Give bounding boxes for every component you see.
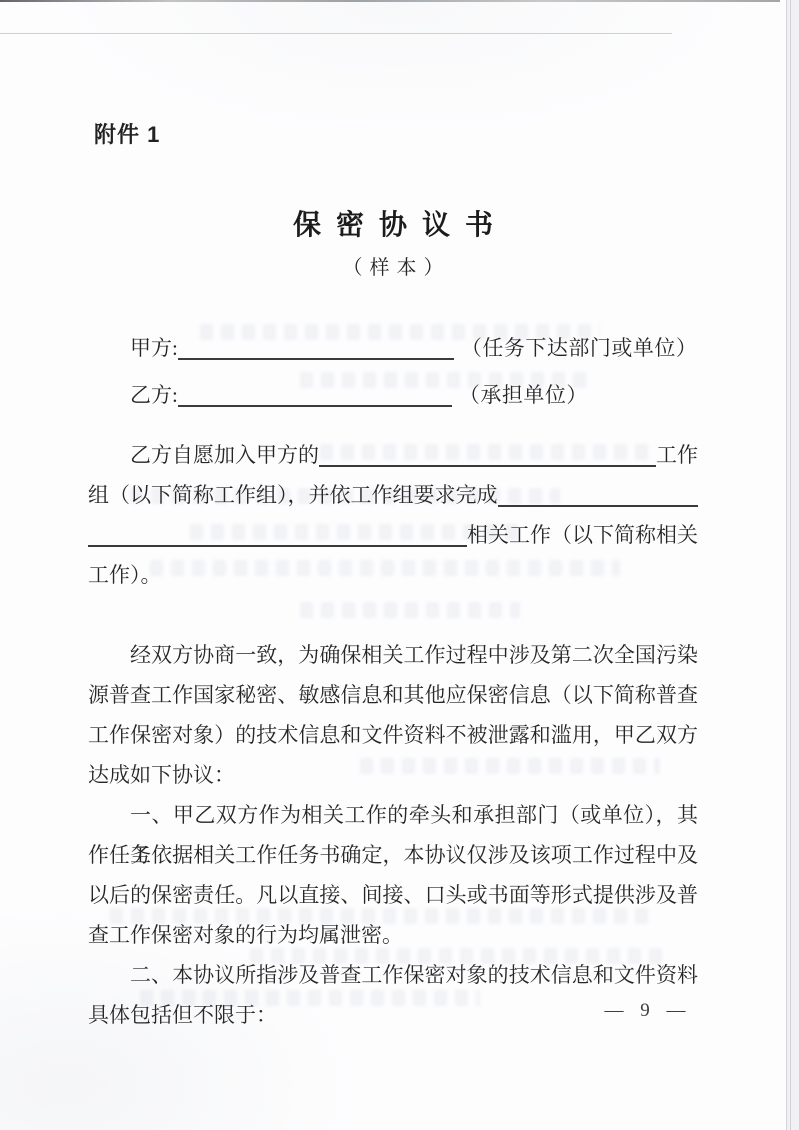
text-segment: 二、本协议所指涉及普查工作保密对象的技术信息和文件资料 bbox=[130, 963, 698, 987]
party-label: 乙方: bbox=[130, 379, 178, 414]
body-line: 相关工作（以下简称相关 bbox=[88, 515, 698, 555]
text-segment: 工作）。 bbox=[88, 563, 162, 587]
body-line: 组（以下简称工作组），并依工作组要求完成 bbox=[88, 475, 698, 515]
body-line: 查工作保密对象的行为均属泄密。 bbox=[88, 915, 698, 955]
document-body: 乙方自愿加入甲方的工作组（以下简称工作组），并依工作组要求完成相关工作（以下简称… bbox=[88, 435, 698, 1035]
body-line: 乙方自愿加入甲方的工作 bbox=[88, 435, 698, 475]
text-segment: 源普查工作国家秘密、敏感信息和其他应保密信息（以下简称普查 bbox=[88, 683, 698, 707]
body-line: 作任务依据相关工作任务书确定，本协议仅涉及该项工作过程中及 bbox=[88, 835, 698, 875]
body-line: 源普查工作国家秘密、敏感信息和其他应保密信息（以下简称普查 bbox=[88, 675, 698, 715]
scan-fold-line bbox=[0, 33, 672, 34]
text-segment: 工作 bbox=[656, 435, 698, 475]
text-segment: 查工作保密对象的行为均属泄密。 bbox=[88, 923, 403, 947]
paragraph-clause-1: 一、甲乙双方作为相关工作的牵头和承担部门（或单位），其工作任务依据相关工作任务书… bbox=[88, 795, 698, 955]
text-segment: 相关工作（以下简称相关 bbox=[467, 515, 698, 555]
paragraph-clause-2: 二、本协议所指涉及普查工作保密对象的技术信息和文件资料具体包括但不限于： bbox=[88, 955, 698, 1035]
body-line: 工作）。 bbox=[88, 555, 698, 595]
text-segment: 工作保密对象）的技术信息和文件资料不被泄露和滥用，甲乙双方 bbox=[88, 723, 698, 747]
paragraph-preamble: 经双方协商一致，为确保相关工作过程中涉及第二次全国污染源普查工作国家秘密、敏感信… bbox=[88, 635, 698, 795]
party-suffix: （承担单位） bbox=[452, 379, 588, 414]
text-segment: 达成如下协议： bbox=[88, 763, 235, 787]
party-suffix: （任务下达部门或单位） bbox=[454, 332, 698, 367]
body-line: 一、甲乙双方作为相关工作的牵头和承担部门（或单位），其工 bbox=[88, 795, 698, 835]
text-segment: 经双方协商一致，为确保相关工作过程中涉及第二次全国污染 bbox=[130, 643, 698, 667]
fill-in-blank-line bbox=[178, 320, 454, 367]
page-number: — 9 — bbox=[596, 1000, 696, 1022]
fill-in-blank-line bbox=[178, 367, 452, 414]
text-segment: 乙方自愿加入甲方的 bbox=[130, 435, 319, 475]
attachment-label: 附件 1 bbox=[94, 118, 160, 149]
party-row-a: 甲方:（任务下达部门或单位） bbox=[130, 320, 710, 367]
body-line: 以后的保密责任。凡以直接、间接、口头或书面等形式提供涉及普 bbox=[88, 875, 698, 915]
body-line: 达成如下协议： bbox=[88, 755, 698, 795]
body-line: 经双方协商一致，为确保相关工作过程中涉及第二次全国污染 bbox=[88, 635, 698, 675]
body-line: 工作保密对象）的技术信息和文件资料不被泄露和滥用，甲乙双方 bbox=[88, 715, 698, 755]
document-title: 保密协议书 bbox=[0, 203, 786, 243]
party-label: 甲方: bbox=[130, 332, 178, 367]
document-subtitle: （样本） bbox=[0, 251, 786, 280]
scan-right-edge-shadow bbox=[786, 0, 799, 1130]
text-segment: 以后的保密责任。凡以直接、间接、口头或书面等形式提供涉及普 bbox=[88, 883, 698, 907]
scanned-document-page: 附件 1 保密协议书 （样本） 甲方:（任务下达部门或单位）乙方:（承担单位） … bbox=[0, 0, 799, 1130]
text-segment: 作任务依据相关工作任务书确定，本协议仅涉及该项工作过程中及 bbox=[88, 843, 698, 867]
paragraph-join-workgroup: 乙方自愿加入甲方的工作组（以下简称工作组），并依工作组要求完成相关工作（以下简称… bbox=[88, 435, 698, 595]
body-line: 二、本协议所指涉及普查工作保密对象的技术信息和文件资料 bbox=[88, 955, 698, 995]
party-row-b: 乙方:（承担单位） bbox=[130, 367, 710, 414]
party-list: 甲方:（任务下达部门或单位）乙方:（承担单位） bbox=[130, 320, 710, 414]
text-segment: 组（以下简称工作组），并依工作组要求完成 bbox=[88, 475, 498, 515]
text-segment: 具体包括但不限于： bbox=[88, 1003, 277, 1027]
scan-top-edge-line bbox=[0, 0, 780, 2]
